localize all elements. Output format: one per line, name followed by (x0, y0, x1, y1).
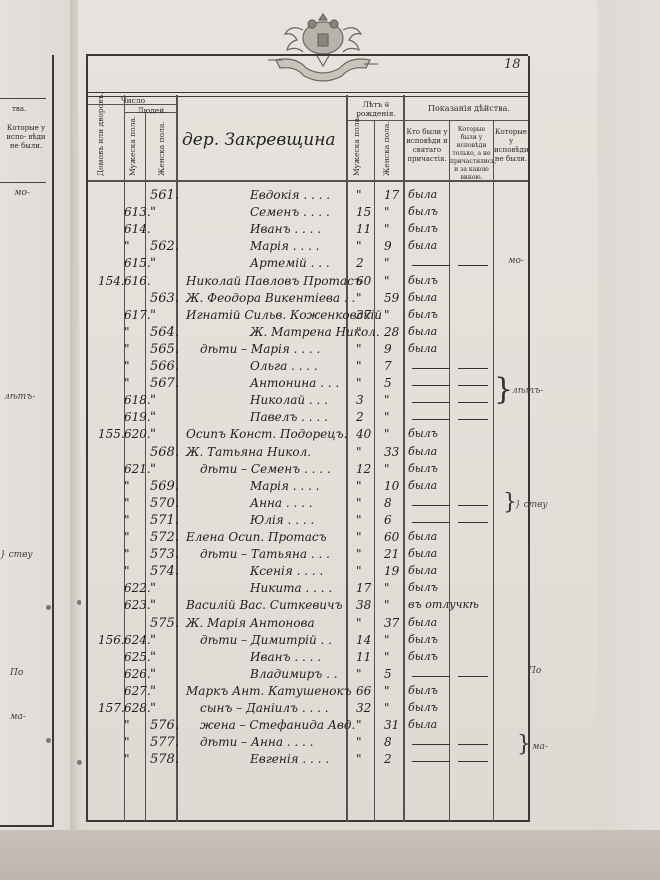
age-female: 31 (384, 718, 399, 732)
age-male: " (356, 291, 362, 305)
male-number: " (124, 735, 130, 749)
household-number: 157. (98, 701, 125, 715)
age-female: " (384, 393, 390, 407)
age-female: 59 (384, 291, 399, 305)
female-number: 575. (150, 616, 179, 631)
header-female: Женска пола. (157, 121, 166, 176)
male-number: 621. (124, 462, 151, 476)
confession-status (412, 368, 450, 369)
age-female: " (384, 308, 390, 322)
person-name: дѣти – Димитрій . . (200, 633, 332, 647)
person-name: Ж. Феодора Викентіева . . (186, 291, 355, 305)
female-number: " (150, 308, 156, 323)
person-name: Евдокія . . . . (250, 188, 330, 202)
person-name: Иванъ . . . . (250, 222, 321, 236)
age-female: " (384, 581, 390, 595)
female-number: 578. (150, 752, 179, 767)
female-number: 572. (150, 530, 179, 545)
col-divider (449, 120, 450, 822)
header-chislo: Число (108, 96, 158, 105)
person-name: Анна . . . . (250, 496, 313, 510)
age-female: 37 (384, 616, 399, 630)
person-name: дѣти – Марія . . . . (200, 342, 320, 356)
person-name: дѣти – Татьяна . . . (200, 547, 330, 561)
age-female: 28 (384, 325, 399, 339)
age-male: 15 (356, 205, 371, 219)
male-number: 616. (124, 274, 151, 288)
header-rule (346, 120, 528, 121)
person-name: жена – Стефанида Авд. (200, 718, 355, 732)
empty-status-dash (458, 265, 488, 266)
female-number: 564. (150, 325, 179, 340)
age-female: " (384, 256, 390, 270)
age-female: 19 (384, 564, 399, 578)
female-number: 561. (150, 188, 179, 203)
age-male: 17 (356, 581, 371, 595)
male-number: 617. (124, 308, 151, 322)
female-number: 573. (150, 547, 179, 562)
age-male: " (356, 513, 362, 527)
age-male: 40 (356, 427, 371, 441)
confession-status (412, 522, 450, 523)
person-name: Семенъ . . . . (250, 205, 330, 219)
male-number: " (124, 325, 130, 339)
male-number: " (124, 479, 130, 493)
left-note: } ству (0, 550, 33, 560)
age-female: 5 (384, 667, 392, 681)
age-male: " (356, 239, 362, 253)
female-number: 571. (150, 513, 179, 528)
male-number: " (124, 564, 130, 578)
header-age-male: Мужеска пола. (352, 116, 361, 176)
confession-status: была (408, 479, 437, 492)
age-male: " (356, 479, 362, 493)
age-male: 2 (356, 410, 364, 424)
female-number: 563. (150, 291, 179, 306)
household-number: 156. (98, 633, 125, 647)
empty-status-dash (458, 761, 488, 762)
person-name: дѣти – Семенъ . . . . (200, 462, 331, 476)
age-female: " (384, 410, 390, 424)
empty-status-dash (458, 419, 488, 420)
age-female: 10 (384, 479, 399, 493)
brace-icon: } (494, 372, 513, 407)
male-number: 622. (124, 581, 151, 595)
age-female: 33 (384, 445, 399, 459)
confession-status (412, 744, 450, 745)
age-male: " (356, 735, 362, 749)
confession-status (412, 505, 450, 506)
age-female: " (384, 427, 390, 441)
header-col-confession-communion: Кто были у исповѣди и святаго причастія. (405, 128, 449, 164)
margin-note: мо- (508, 256, 524, 266)
female-number: " (150, 256, 156, 271)
confession-status: былъ (408, 427, 438, 440)
female-number: 569. (150, 479, 179, 494)
age-male: 37 (356, 308, 371, 322)
confession-status: была (408, 188, 437, 201)
male-number: " (124, 496, 130, 510)
confession-status: была (408, 530, 437, 543)
person-name: Ольга . . . . (250, 359, 318, 373)
left-page-fragment: тва. Которые у испо- вѣди не были. мо- л… (0, 0, 70, 830)
age-female: 8 (384, 496, 392, 510)
brace-icon: } (517, 732, 531, 757)
female-number: " (150, 410, 156, 425)
village-name: дер. Закревщина (182, 130, 336, 150)
header-age-female: Женска пола. (382, 121, 391, 176)
female-number: " (150, 462, 156, 477)
age-male: 2 (356, 256, 364, 270)
age-male: " (356, 445, 362, 459)
confession-status: былъ (408, 701, 438, 714)
female-number: " (150, 598, 156, 613)
confession-status: былъ (408, 462, 438, 475)
age-female: " (384, 684, 390, 698)
left-header-line-2 (0, 182, 46, 183)
col-divider (346, 95, 348, 822)
header-pokazaniya: Показанія дѣйства. (410, 104, 528, 113)
female-number: 566. (150, 359, 179, 374)
male-number: " (124, 359, 130, 373)
left-header-fragment: тва. (12, 105, 26, 114)
person-name: Павелъ . . . . (250, 410, 328, 424)
age-female: 9 (384, 239, 392, 253)
age-female: " (384, 633, 390, 647)
empty-status-dash (458, 505, 488, 506)
female-number: " (150, 581, 156, 596)
age-male: 38 (356, 598, 371, 612)
person-name: Василій Вас. Ситкевичъ (186, 598, 343, 612)
female-number: 570. (150, 496, 179, 511)
col-divider (403, 95, 405, 822)
age-female: " (384, 462, 390, 476)
age-female: " (384, 205, 390, 219)
left-note: мо- (14, 188, 30, 198)
age-female: 9 (384, 342, 392, 356)
confession-status: былъ (408, 650, 438, 663)
female-number: " (150, 650, 156, 665)
confession-status: была (408, 445, 437, 458)
age-female: 8 (384, 735, 392, 749)
age-male: " (356, 667, 362, 681)
female-number: " (150, 633, 156, 648)
age-male: " (356, 752, 362, 766)
person-name: Ж. Марія Антонова (186, 616, 315, 630)
confession-status: была (408, 564, 437, 577)
age-male: 60 (356, 274, 371, 288)
female-number: 574. (150, 564, 179, 579)
confession-status (412, 402, 450, 403)
col-divider (374, 120, 375, 822)
margin-note: ма- (532, 742, 548, 752)
person-name: Никита . . . . (250, 581, 332, 595)
male-number: 624. (124, 633, 151, 647)
male-number: 615. (124, 256, 151, 270)
household-number: 155. (98, 427, 125, 441)
male-number: " (124, 752, 130, 766)
confession-status (412, 385, 450, 386)
female-number: " (150, 684, 156, 699)
confession-status: была (408, 616, 437, 629)
male-number: " (124, 239, 130, 253)
left-header-line (0, 98, 46, 99)
empty-status-dash (458, 402, 488, 403)
age-male: " (356, 530, 362, 544)
age-male: " (356, 376, 362, 390)
age-male: 11 (356, 650, 371, 664)
male-number: " (124, 530, 130, 544)
person-name: Маркъ Ант. Катушенокъ (186, 684, 352, 698)
person-name: Николай . . . (250, 393, 328, 407)
age-female: 2 (384, 752, 392, 766)
male-number: 618. (124, 393, 151, 407)
left-note: По (10, 668, 23, 678)
binding-stitch (46, 738, 51, 743)
left-page-border (0, 55, 54, 827)
age-female: " (384, 650, 390, 664)
confession-status: былъ (408, 633, 438, 646)
age-female: " (384, 222, 390, 236)
age-female: 7 (384, 359, 392, 373)
person-name: Осипъ Конст. Подорецъ. (186, 427, 347, 441)
female-number: 562. (150, 239, 179, 254)
person-name: дѣти – Анна . . . . (200, 735, 314, 749)
person-name: Ж. Татьяна Никол. (186, 445, 311, 459)
binding-stitch (46, 605, 51, 610)
male-number: " (124, 342, 130, 356)
confession-status: былъ (408, 684, 438, 697)
header-male: Мужеска пола. (128, 116, 137, 176)
female-number: " (150, 205, 156, 220)
age-female: " (384, 598, 390, 612)
person-name: Марія . . . . (250, 239, 319, 253)
confession-status (412, 265, 450, 266)
male-number: 619. (124, 410, 151, 424)
age-male: " (356, 564, 362, 578)
person-name: сынъ – Даніилъ . . . . (200, 701, 329, 715)
confession-status: былъ (408, 222, 438, 235)
confession-status (412, 676, 450, 677)
age-male: 11 (356, 222, 371, 236)
household-number: 154. (98, 274, 125, 288)
age-male: " (356, 188, 362, 202)
margin-note: лѣтъ- (512, 386, 543, 396)
confession-status (412, 419, 450, 420)
age-male: " (356, 547, 362, 561)
male-number: 620. (124, 427, 151, 441)
male-number: 613. (124, 205, 151, 219)
empty-status-dash (458, 522, 488, 523)
person-name: Юлія . . . . (250, 513, 314, 527)
age-male: " (356, 342, 362, 356)
age-female: 5 (384, 376, 392, 390)
person-name: Марія . . . . (250, 479, 319, 493)
margin-note: } ству (515, 500, 548, 510)
age-male: " (356, 496, 362, 510)
person-name: Ксенія . . . . (250, 564, 323, 578)
empty-status-dash (458, 676, 488, 677)
age-female: 17 (384, 188, 399, 202)
age-female: 6 (384, 513, 392, 527)
female-number: 576. (150, 718, 179, 733)
female-number: 567. (150, 376, 179, 391)
confession-status: была (408, 239, 437, 252)
age-male: 14 (356, 633, 371, 647)
age-female: " (384, 701, 390, 715)
next-page-edge (598, 0, 660, 830)
confession-status: былъ (408, 274, 438, 287)
col-divider (493, 120, 494, 822)
person-name: Владимиръ . . (250, 667, 338, 681)
age-female: 60 (384, 530, 399, 544)
female-number: " (150, 667, 156, 682)
empty-status-dash (458, 744, 488, 745)
male-number: 614. (124, 222, 151, 236)
person-name: Артемій . . . (250, 256, 330, 270)
person-name: Иванъ . . . . (250, 650, 321, 664)
confession-status: была (408, 547, 437, 560)
confession-status: была (408, 342, 437, 355)
confession-status (412, 761, 450, 762)
margin-note: По (528, 666, 541, 676)
person-name: Игнатій Сильв. Коженковскій (186, 308, 382, 322)
left-note: ма- (10, 712, 26, 722)
age-male: 32 (356, 701, 371, 715)
header-lyudei: Людей. (128, 106, 176, 115)
male-number: 627. (124, 684, 151, 698)
age-female: 21 (384, 547, 399, 561)
left-column-fragment: Которые у испо- вѣди не были. (6, 124, 46, 151)
header-col-confession-only: Которые были у исповѣди только, а не при… (450, 126, 493, 182)
confession-status: былъ (408, 308, 438, 321)
person-name: Елена Осип. Протасъ (186, 530, 327, 544)
male-number: 623. (124, 598, 151, 612)
person-name: Антонина . . . (250, 376, 339, 390)
empty-status-dash (458, 368, 488, 369)
confession-status: была (408, 325, 437, 338)
age-male: " (356, 616, 362, 630)
female-number: 568. (150, 445, 179, 460)
age-male: " (356, 325, 362, 339)
female-number: " (150, 393, 156, 408)
male-number: " (124, 376, 130, 390)
female-number: " (150, 701, 156, 716)
age-male: " (356, 718, 362, 732)
confession-status: былъ (408, 581, 438, 594)
male-number: 626. (124, 667, 151, 681)
person-name: Николай Павловъ Протасъ (186, 274, 362, 288)
age-male: 66 (356, 684, 371, 698)
female-number: 565. (150, 342, 179, 357)
confession-status: былъ (408, 205, 438, 218)
header-col-no-confession: Которые у исповѣди не были. (494, 128, 528, 164)
confession-status: въ отлучкѣ (408, 598, 479, 611)
empty-status-dash (458, 385, 488, 386)
age-female: " (384, 274, 390, 288)
age-male: 3 (356, 393, 364, 407)
male-number: " (124, 718, 130, 732)
male-number: " (124, 513, 130, 527)
female-number: " (150, 427, 156, 442)
header-domov: Домовъ или дворовъ. (96, 116, 105, 176)
male-number: 628. (124, 701, 151, 715)
age-male: 12 (356, 462, 371, 476)
male-number: " (124, 547, 130, 561)
left-note: лѣтъ- (4, 392, 35, 402)
person-name: Евгенія . . . . (250, 752, 329, 766)
confession-status: была (408, 718, 437, 731)
female-number: 577. (150, 735, 179, 750)
age-male: " (356, 359, 362, 373)
male-number: 625. (124, 650, 151, 664)
confession-status: была (408, 291, 437, 304)
